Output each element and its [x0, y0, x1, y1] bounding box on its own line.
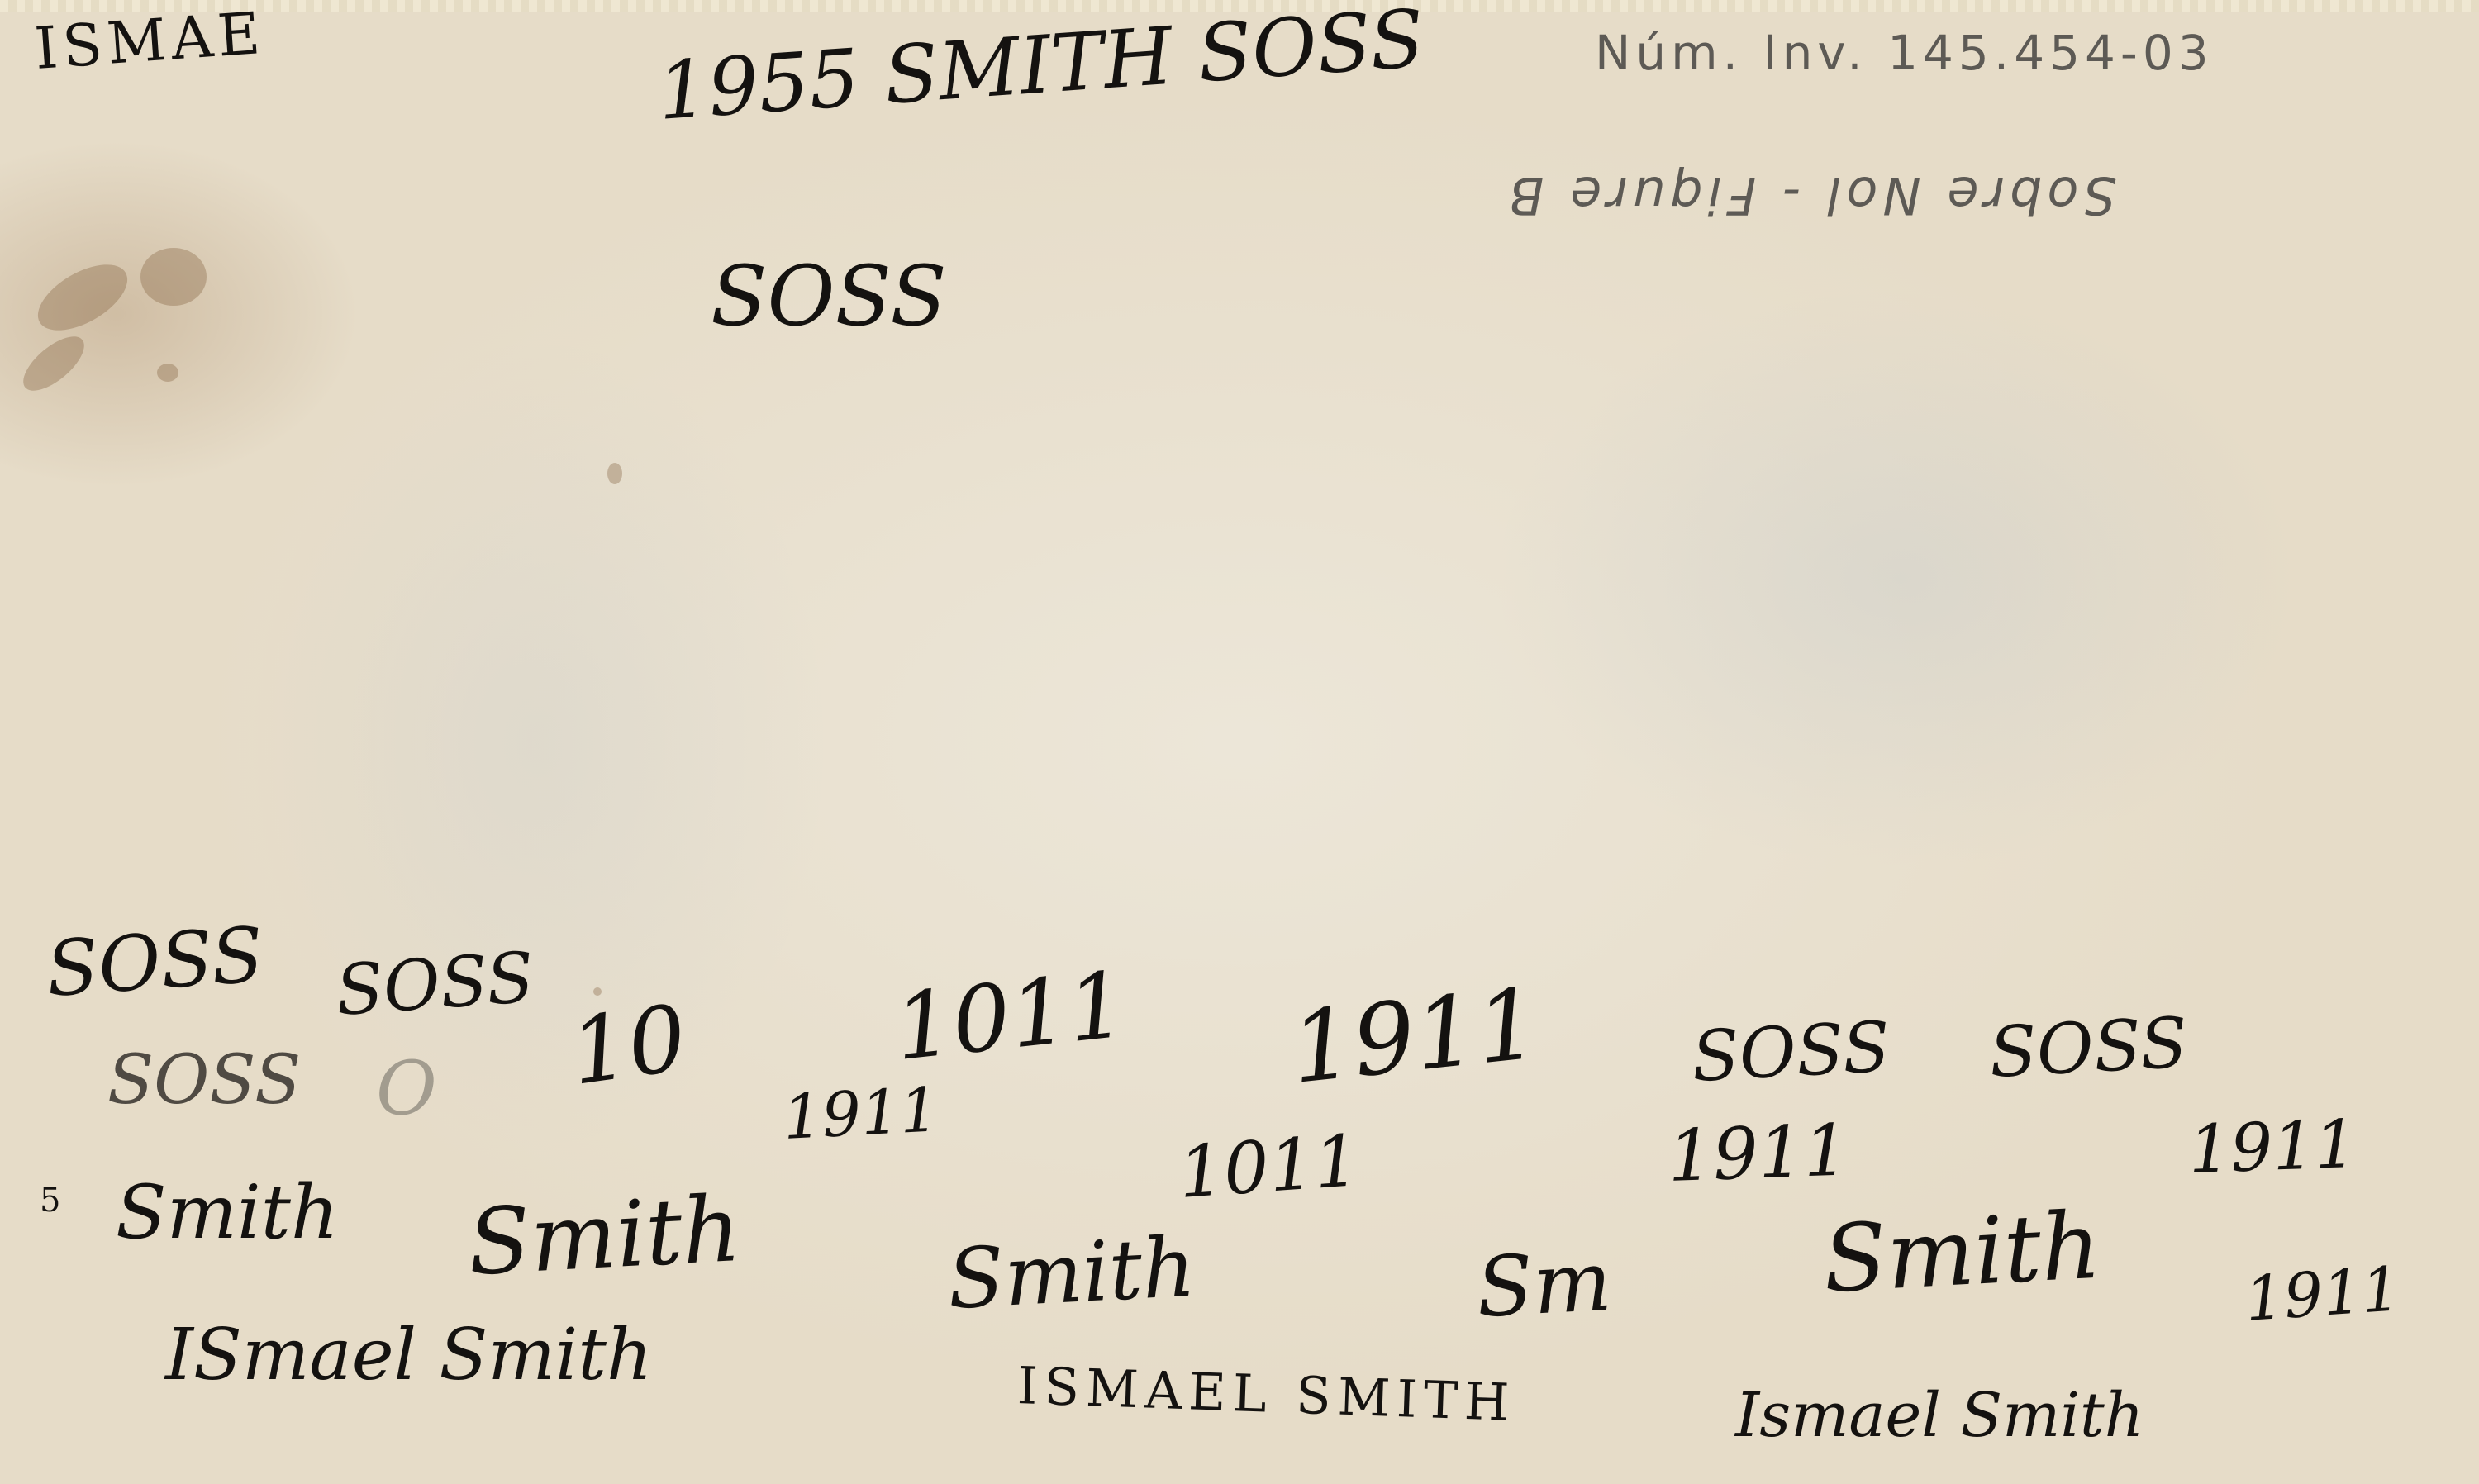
sig-row1-item: SOSS [333, 936, 536, 1031]
sig-row3-item: Sm [1474, 1233, 1614, 1336]
sig-row2-item: 1911 [781, 1074, 940, 1153]
sig-row1-item: SOSS [1987, 1002, 2190, 1093]
sig-row2-item: SOSS [107, 1041, 301, 1120]
foxing-stain [15, 327, 93, 400]
sig-row4-item: Ismael Smith [1735, 1380, 2144, 1451]
foxing-stain [157, 364, 178, 382]
sig-row3-item: Smith [945, 1218, 1198, 1328]
sig-row1-item: 1911 [1286, 966, 1544, 1106]
signature-line-1: 1955 SMITH SOSS [654, 0, 1427, 138]
sig-row3-prefix: 5 [40, 1182, 60, 1220]
sig-row2-item: 1911 [2187, 1106, 2358, 1188]
sig-row1-item: SOSS [1690, 1006, 1892, 1097]
sig-row3-item: Smith [1820, 1192, 2103, 1314]
sig-row4-item: ISMAEL SMITH [1016, 1355, 1516, 1433]
scribble-ismae: ISMAE [32, 0, 267, 83]
foxing-stain [593, 987, 602, 996]
sig-row2-item: 1011 [1176, 1120, 1362, 1215]
document-sheet: ISMAE 1955 SMITH SOSS SOSS Núm. Inv. 145… [0, 0, 2479, 1484]
upside-down-title: Sobre Nol - Fiqure B [1504, 165, 2116, 226]
sig-row3-item: Smith [116, 1169, 339, 1256]
sig-row4-item: ISmael Smith [165, 1314, 652, 1396]
sig-row2-item: 1911 [1667, 1109, 1850, 1198]
sig-row1-item: SOSS [44, 911, 267, 1014]
sig-row3-item: 1911 [2243, 1253, 2403, 1335]
foxing-stain [607, 463, 622, 484]
foxing-stain [27, 251, 138, 344]
inventory-number: Núm. Inv. 145.454-03 [1595, 25, 2214, 81]
signature-line-2: SOSS [711, 248, 947, 345]
sig-row2-item: O [376, 1045, 437, 1132]
sig-row1-item: 1011 [890, 951, 1131, 1081]
sig-row3-item: Smith [465, 1176, 743, 1296]
foxing-stain [140, 248, 207, 306]
sig-row1-item: 10 [564, 985, 692, 1106]
